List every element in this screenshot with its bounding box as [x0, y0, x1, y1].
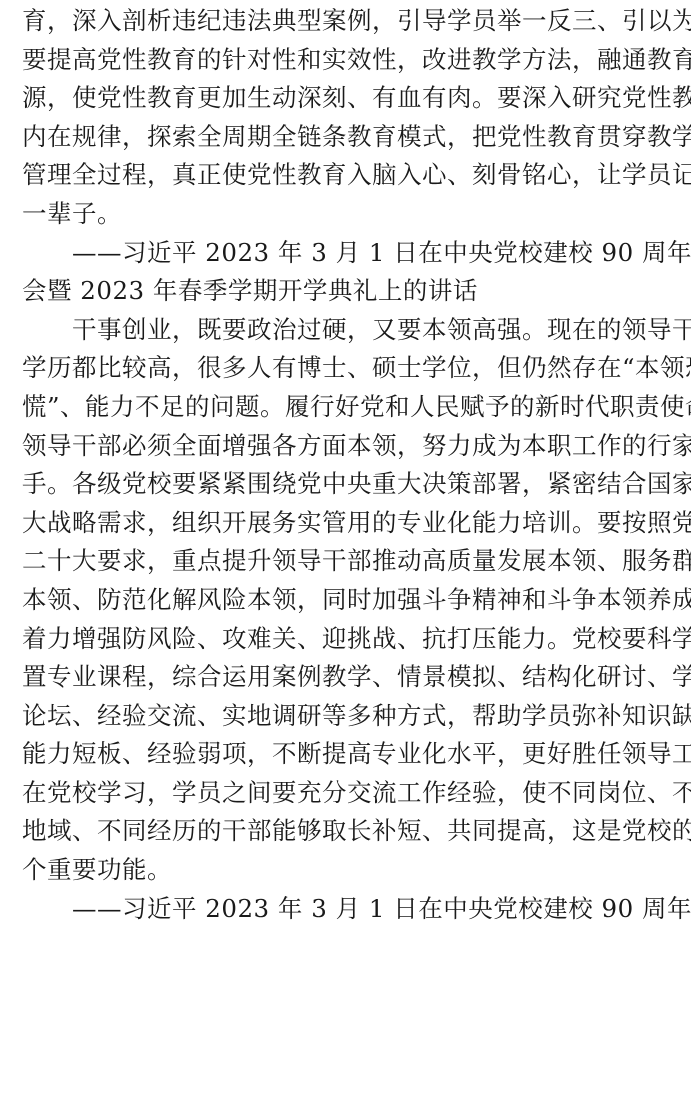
text-line: 源，使党性教育更加生动深刻、有血有肉。要深入研究党性教育 — [22, 79, 670, 118]
paragraph-source: ——习近平 2023 年 3 月 1 日在中央党校建校 90 周年庆祝大 会暨 … — [22, 234, 670, 311]
text-line: 学历都比较高，很多人有博士、硕士学位，但仍然存在“本领恐 — [22, 349, 670, 388]
text-line: 大战略需求，组织开展务实管用的专业化能力培训。要按照党的 — [22, 504, 670, 543]
text-line: 置专业课程，综合运用案例教学、情景模拟、结构化研讨、学员 — [22, 658, 670, 697]
text-line: 内在规律，探索全周期全链条教育模式，把党性教育贯穿教学和 — [22, 118, 670, 157]
document-page: 育，深入剖析违纪违法典型案例，引导学员举一反三、引以为戒。 要提高党性教育的针对… — [22, 2, 670, 928]
text-line: 在党校学习，学员之间要充分交流工作经验，使不同岗位、不同 — [22, 774, 670, 813]
paragraph-body: 育，深入剖析违纪违法典型案例，引导学员举一反三、引以为戒。 要提高党性教育的针对… — [22, 2, 670, 234]
text-line: 慌”、能力不足的问题。履行好党和人民赋予的新时代职责使命， — [22, 388, 670, 427]
text-line: 手。各级党校要紧紧围绕党中央重大决策部署，紧密结合国家重 — [22, 465, 670, 504]
text-line: 着力增强防风险、攻难关、迎挑战、抗打压能力。党校要科学设 — [22, 620, 670, 659]
text-line: 二十大要求，重点提升领导干部推动高质量发展本领、服务群众 — [22, 542, 670, 581]
text-line: 论坛、经验交流、实地调研等多种方式，帮助学员弥补知识缺陷、 — [22, 697, 670, 736]
text-line: 育，深入剖析违纪违法典型案例，引导学员举一反三、引以为戒。 — [22, 2, 670, 41]
source-line: ——习近平 2023 年 3 月 1 日在中央党校建校 90 周年庆祝大 — [22, 890, 670, 929]
text-line: 管理全过程，真正使党性教育入脑入心、刻骨铭心，让学员记住 — [22, 156, 670, 195]
text-line: 个重要功能。 — [22, 851, 670, 890]
text-line: 一辈子。 — [22, 195, 670, 234]
paragraph-source: ——习近平 2023 年 3 月 1 日在中央党校建校 90 周年庆祝大 — [22, 890, 670, 929]
text-line: 本领、防范化解风险本领，同时加强斗争精神和斗争本领养成， — [22, 581, 670, 620]
source-line: 会暨 2023 年春季学期开学典礼上的讲话 — [22, 272, 670, 311]
text-line: 能力短板、经验弱项，不断提高专业化水平，更好胜任领导工作。 — [22, 735, 670, 774]
text-line: 领导干部必须全面增强各方面本领，努力成为本职工作的行家里 — [22, 427, 670, 466]
text-line: 要提高党性教育的针对性和实效性，改进教学方法，融通教育资 — [22, 41, 670, 80]
text-line: 地域、不同经历的干部能够取长补短、共同提高，这是党校的一 — [22, 812, 670, 851]
paragraph-body: 干事创业，既要政治过硬，又要本领高强。现在的领导干部 学历都比较高，很多人有博士… — [22, 311, 670, 890]
text-line: 干事创业，既要政治过硬，又要本领高强。现在的领导干部 — [22, 311, 670, 350]
source-line: ——习近平 2023 年 3 月 1 日在中央党校建校 90 周年庆祝大 — [22, 234, 670, 273]
